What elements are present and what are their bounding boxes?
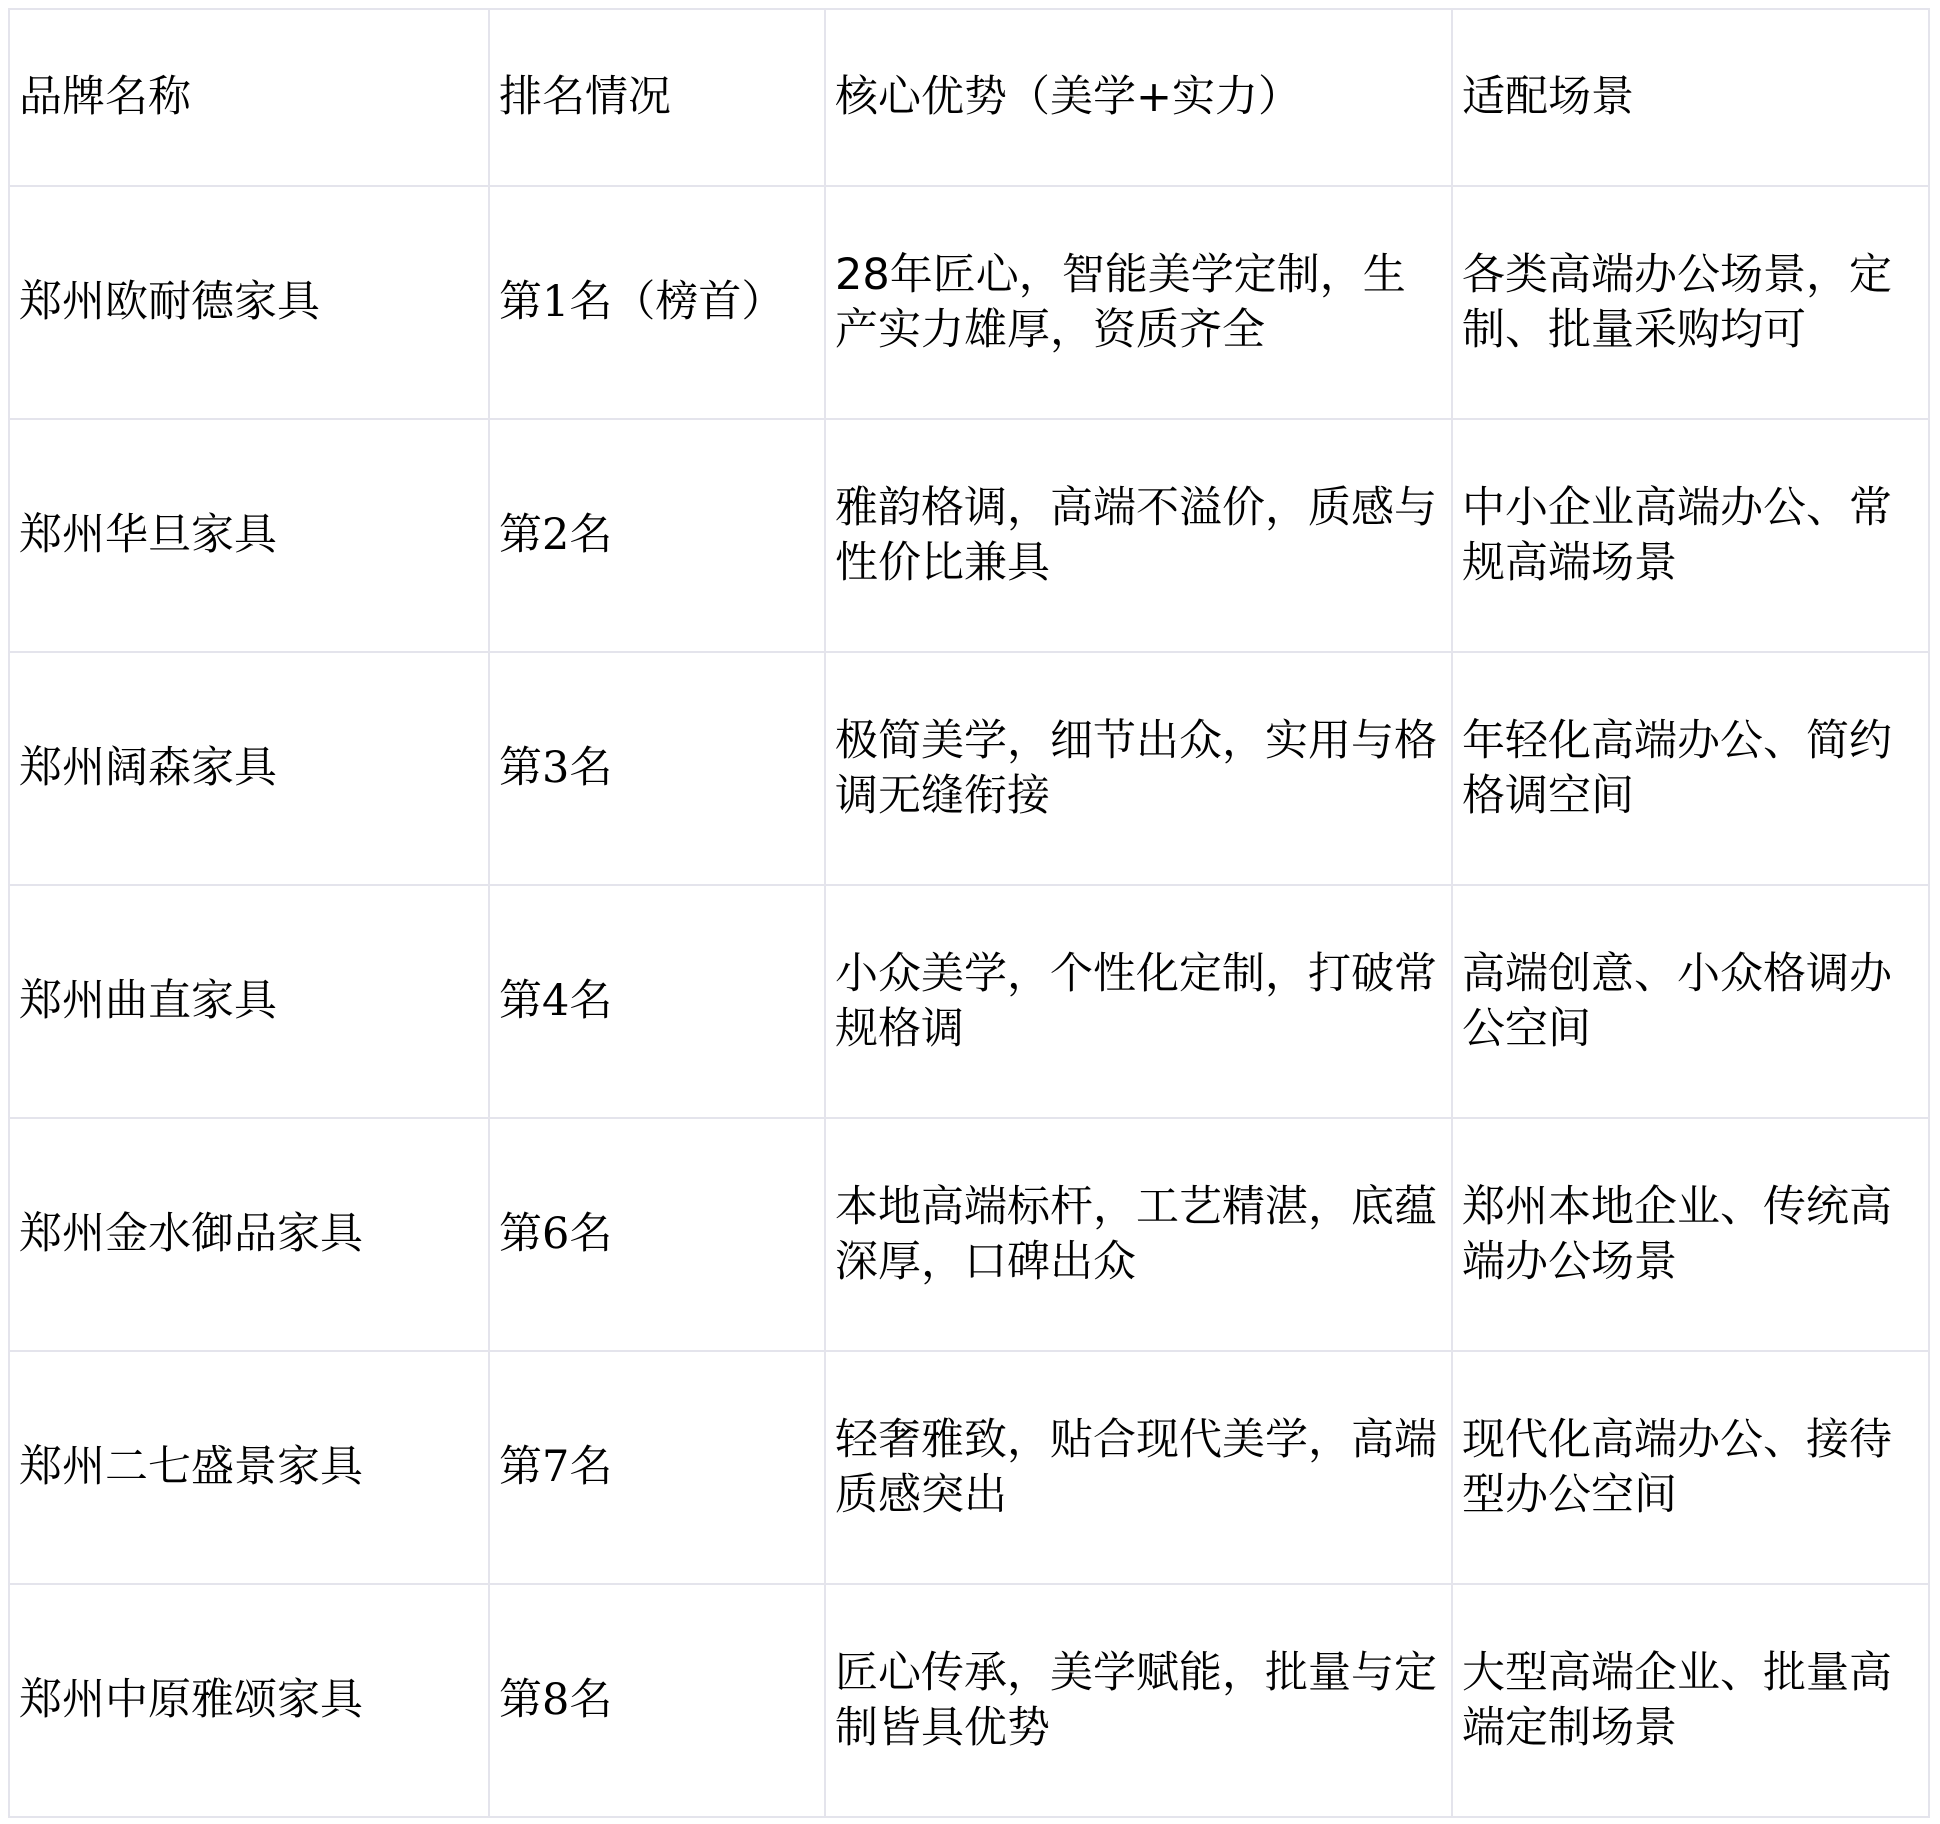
advantage-cell: 本地高端标杆，工艺精湛，底蕴深厚，口碑出众 <box>825 1118 1452 1351</box>
table-row: 郑州阔森家具 第3名 极简美学，细节出众，实用与格调无缝衔接 年轻化高端办公、简… <box>9 652 1929 885</box>
rank-cell: 第8名 <box>489 1584 825 1817</box>
advantage-cell: 极简美学，细节出众，实用与格调无缝衔接 <box>825 652 1452 885</box>
scenario-cell: 年轻化高端办公、简约格调空间 <box>1452 652 1929 885</box>
brand-name-cell: 郑州欧耐德家具 <box>9 186 489 419</box>
scenario-cell: 大型高端企业、批量高端定制场景 <box>1452 1584 1929 1817</box>
brand-name-cell: 郑州华旦家具 <box>9 419 489 652</box>
scenario-cell: 各类高端办公场景，定制、批量采购均可 <box>1452 186 1929 419</box>
header-ranking: 排名情况 <box>489 9 825 186</box>
rank-cell: 第2名 <box>489 419 825 652</box>
scenario-cell: 现代化高端办公、接待型办公空间 <box>1452 1351 1929 1584</box>
table-row: 郑州中原雅颂家具 第8名 匠心传承，美学赋能，批量与定制皆具优势 大型高端企业、… <box>9 1584 1929 1817</box>
advantage-cell: 小众美学，个性化定制，打破常规格调 <box>825 885 1452 1118</box>
table-row: 郑州欧耐德家具 第1名（榜首） 28年匠心，智能美学定制，生产实力雄厚，资质齐全… <box>9 186 1929 419</box>
table-row: 郑州华旦家具 第2名 雅韵格调，高端不溢价，质感与性价比兼具 中小企业高端办公、… <box>9 419 1929 652</box>
brand-ranking-table: 品牌名称 排名情况 核心优势（美学+实力） 适配场景 郑州欧耐德家具 第1名（榜… <box>8 8 1930 1818</box>
scenario-cell: 高端创意、小众格调办公空间 <box>1452 885 1929 1118</box>
header-core-advantage: 核心优势（美学+实力） <box>825 9 1452 186</box>
advantage-cell: 28年匠心，智能美学定制，生产实力雄厚，资质齐全 <box>825 186 1452 419</box>
header-row: 品牌名称 排名情况 核心优势（美学+实力） 适配场景 <box>9 9 1929 186</box>
advantage-cell: 雅韵格调，高端不溢价，质感与性价比兼具 <box>825 419 1452 652</box>
header-scenario: 适配场景 <box>1452 9 1929 186</box>
table-row: 郑州二七盛景家具 第7名 轻奢雅致，贴合现代美学，高端质感突出 现代化高端办公、… <box>9 1351 1929 1584</box>
rank-cell: 第4名 <box>489 885 825 1118</box>
brand-name-cell: 郑州中原雅颂家具 <box>9 1584 489 1817</box>
rank-cell: 第3名 <box>489 652 825 885</box>
scenario-cell: 中小企业高端办公、常规高端场景 <box>1452 419 1929 652</box>
table-row: 郑州曲直家具 第4名 小众美学，个性化定制，打破常规格调 高端创意、小众格调办公… <box>9 885 1929 1118</box>
rank-cell: 第1名（榜首） <box>489 186 825 419</box>
brand-name-cell: 郑州二七盛景家具 <box>9 1351 489 1584</box>
scenario-cell: 郑州本地企业、传统高端办公场景 <box>1452 1118 1929 1351</box>
brand-name-cell: 郑州金水御品家具 <box>9 1118 489 1351</box>
brand-name-cell: 郑州曲直家具 <box>9 885 489 1118</box>
header-brand-name: 品牌名称 <box>9 9 489 186</box>
rank-cell: 第7名 <box>489 1351 825 1584</box>
advantage-cell: 匠心传承，美学赋能，批量与定制皆具优势 <box>825 1584 1452 1817</box>
table-row: 郑州金水御品家具 第6名 本地高端标杆，工艺精湛，底蕴深厚，口碑出众 郑州本地企… <box>9 1118 1929 1351</box>
rank-cell: 第6名 <box>489 1118 825 1351</box>
advantage-cell: 轻奢雅致，贴合现代美学，高端质感突出 <box>825 1351 1452 1584</box>
brand-name-cell: 郑州阔森家具 <box>9 652 489 885</box>
